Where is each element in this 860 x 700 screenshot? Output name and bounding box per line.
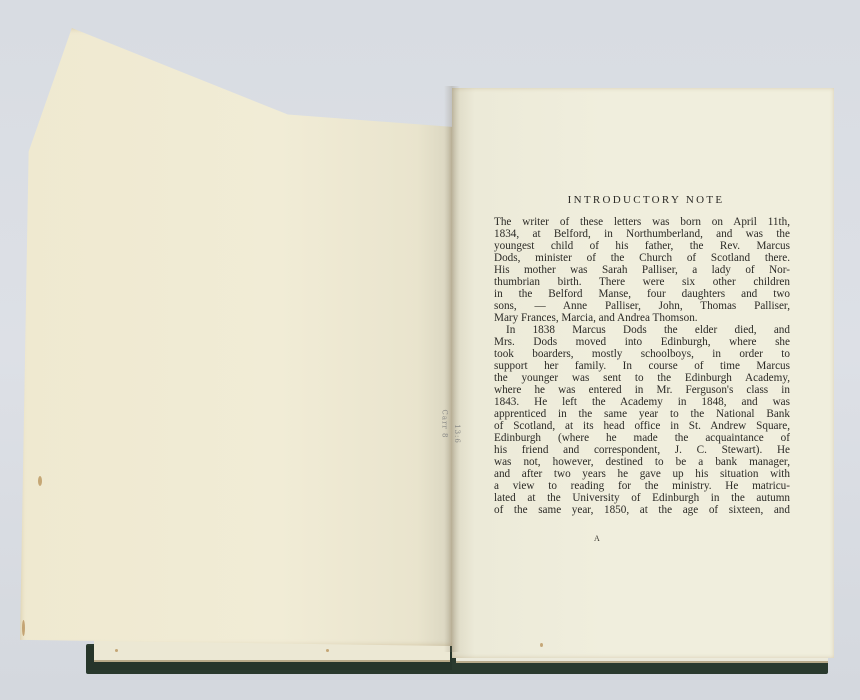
- text-line: 1843. He left the Academy in 1848, and w…: [494, 396, 790, 408]
- text-line: In 1838 Marcus Dods the elder died, and: [494, 324, 790, 336]
- text-line: youngest child of his father, the Rev. M…: [494, 240, 790, 252]
- book-gutter: [444, 86, 460, 652]
- page-heading: INTRODUCTORY NOTE: [502, 194, 790, 206]
- text-line: where he was entered in Mr. Ferguson's c…: [494, 384, 790, 396]
- text-line: and after two years he gave up his situa…: [494, 468, 790, 480]
- foxing-spot: [22, 620, 25, 636]
- text-line: in the Belford Manse, four daughters and…: [494, 288, 790, 300]
- foxing-spot: [38, 476, 42, 486]
- foxing-spot: [326, 649, 329, 652]
- text-line: lated at the University of Edinburgh in …: [494, 492, 790, 504]
- text-line: thumbrian birth. There were six other ch…: [494, 276, 790, 288]
- text-line: apprenticed in the same year to the Nati…: [494, 408, 790, 420]
- text-line: support her family. In course of time Ma…: [494, 360, 790, 372]
- pencil-annotation: Carr 8: [440, 410, 448, 439]
- text-line: His mother was Sarah Palliser, a lady of…: [494, 264, 790, 276]
- body-paragraph: The writer of these letters was born on …: [494, 216, 790, 516]
- text-line: 1834, at Belford, in Northumberland, and…: [494, 228, 790, 240]
- text-line: Edinburgh (where he made the acquaintanc…: [494, 432, 790, 444]
- text-line: the younger was sent to the Edinburgh Ac…: [494, 372, 790, 384]
- text-line: The writer of these letters was born on …: [494, 216, 790, 228]
- signature-mark: A: [594, 534, 600, 543]
- text-line: of Scotland, at its head office in St. A…: [494, 420, 790, 432]
- introductory-note: INTRODUCTORY NOTE The writer of these le…: [494, 194, 790, 516]
- foxing-spot: [115, 649, 118, 652]
- text-line: a view to reading for the ministry. He m…: [494, 480, 790, 492]
- foxing-spot: [540, 643, 543, 647]
- text-line: sons, — Anne Palliser, John, Thomas Pall…: [494, 300, 790, 312]
- text-line: his friend and correspondent, J. C. Stew…: [494, 444, 790, 456]
- text-line: Dods, minister of the Church of Scotland…: [494, 252, 790, 264]
- pencil-annotation: 13:6: [453, 424, 461, 444]
- text-line: Mary Frances, Marcia, and Andrea Thomson…: [494, 312, 790, 324]
- text-line: of the same year, 1850, at the age of si…: [494, 504, 790, 516]
- text-line: took boarders, mostly schoolboys, in ord…: [494, 348, 790, 360]
- text-line: was not, however, destined to be a bank …: [494, 456, 790, 468]
- text-line: Mrs. Dods moved into Edinburgh, where sh…: [494, 336, 790, 348]
